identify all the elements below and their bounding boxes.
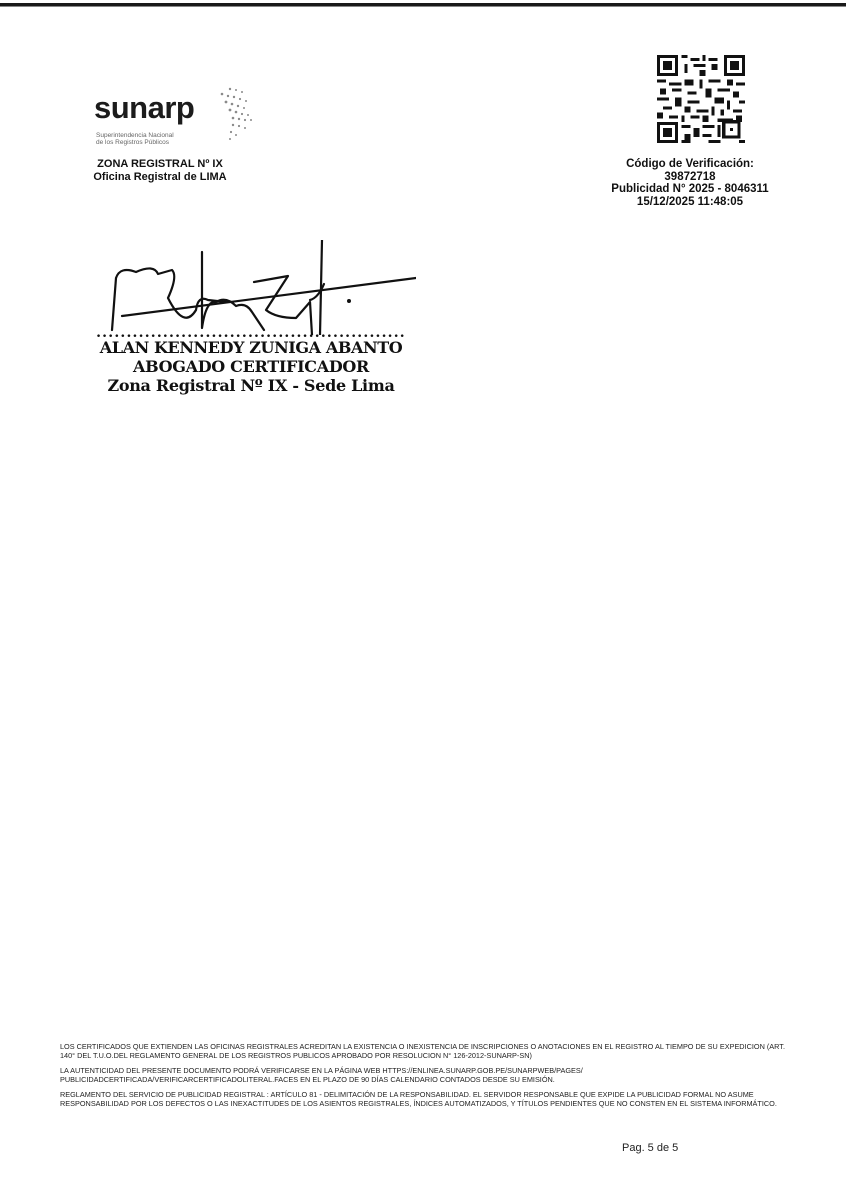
issue-datetime: 15/12/2025 11:48:05 [590, 196, 790, 209]
legal-note: REGLAMENTO DEL SERVICIO DE PUBLICIDAD RE… [60, 1090, 790, 1108]
verification-label: Código de Verificación: [590, 158, 790, 171]
signature-dotted-line: ........................................… [96, 328, 406, 338]
page-number: Pag. 5 de 5 [622, 1142, 678, 1154]
verification-code: 39872718 [590, 171, 790, 184]
signatory-block: ........................................… [96, 328, 406, 396]
logo-subtitle: Superintendencia Nacional [96, 132, 174, 139]
office-label: Oficina Registral de LIMA [60, 171, 260, 184]
publicity-number: Publicidad N° 2025 - 8046311 [590, 183, 790, 196]
signatory-title: ABOGADO CERTIFICADOR [96, 357, 406, 376]
sun-rays-icon [200, 86, 255, 146]
verification-block: Código de Verificación: 39872718 Publici… [590, 158, 790, 208]
registry-office: ZONA REGISTRAL Nº IX Oficina Registral d… [60, 158, 260, 184]
logo-wordmark: sunarp [94, 90, 194, 126]
qr-code-icon[interactable] [656, 55, 746, 143]
zone-label: ZONA REGISTRAL Nº IX [60, 158, 260, 171]
legal-note: LA AUTENTICIDAD DEL PRESENTE DOCUMENTO P… [60, 1066, 790, 1084]
top-border-rule [0, 3, 846, 7]
signatory-office: Zona Registral Nº IX - Sede Lima [96, 376, 406, 396]
signatory-name: ALAN KENNEDY ZUNIGA ABANTO [96, 338, 406, 357]
legal-note: LOS CERTIFICADOS QUE EXTIENDEN LAS OFICI… [60, 1042, 790, 1060]
legal-footer: LOS CERTIFICADOS QUE EXTIENDEN LAS OFICI… [60, 1042, 790, 1114]
sunarp-logo: sunarp Superintendencia Nacional de los … [92, 86, 252, 154]
logo-subtitle: de los Registros Públicos [96, 139, 169, 146]
handwritten-signature [96, 240, 416, 335]
